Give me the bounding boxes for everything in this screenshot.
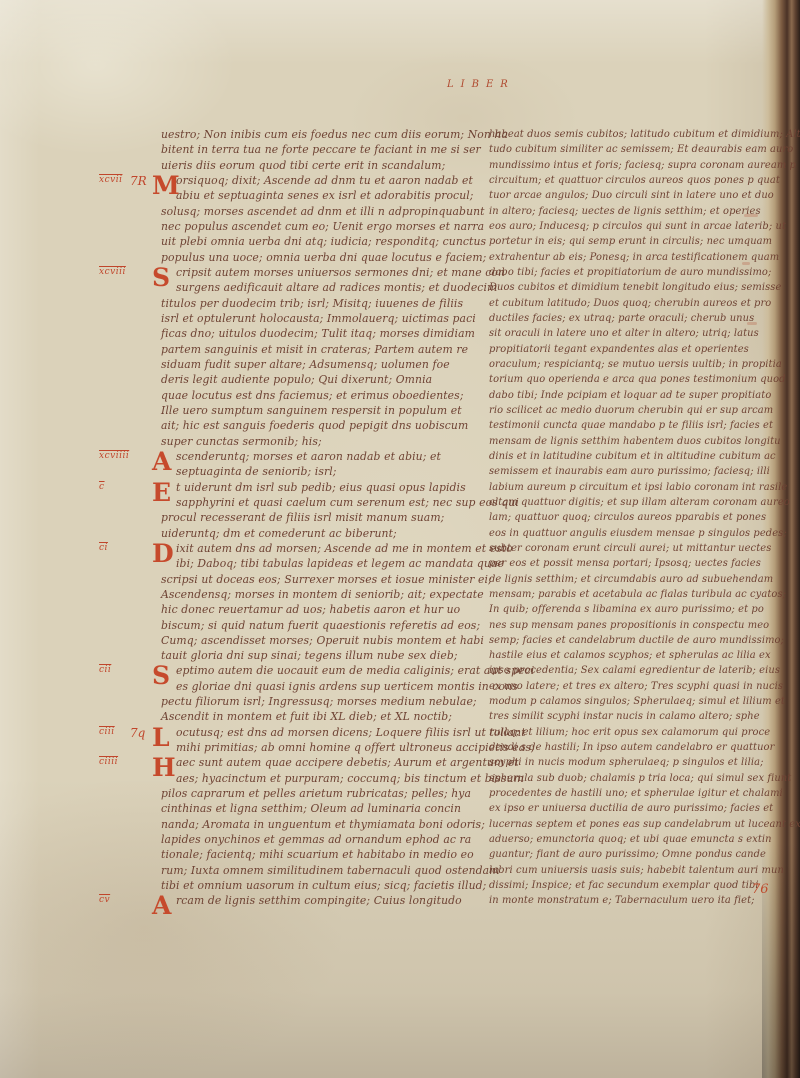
text-line: deris legit audiente populo; Qui dixerun… — [161, 372, 489, 387]
text-block: cEt uiderunt dm isrl sub pedib; eius qua… — [161, 480, 489, 541]
text-line: In quib; offerenda s libamina ex auro pu… — [489, 602, 775, 617]
text-line: es gloriae dni quasi ignis ardens sup ue… — [161, 679, 489, 694]
text-line: tibi et omnium uasorum in cultum eius; s… — [161, 878, 489, 893]
text-line: sit oraculi in latere uno et alter in al… — [489, 326, 775, 341]
text-line: subter coronam erunt circuli aurei; ut m… — [489, 541, 775, 556]
text-line: scenderuntq; morses et aaron nadab et ab… — [161, 449, 489, 464]
text-line: hic donec reuertamur ad uos; habetis aar… — [161, 602, 489, 617]
text-line: semp; facies et candelabrum ductile de a… — [489, 633, 775, 648]
text-line: dabo tibi; facies et propitiatorium de a… — [489, 265, 775, 280]
text-line: uieris diis eorum quod tibi certe erit i… — [161, 158, 489, 173]
text-block: xcviiiiAscenderuntq; morses et aaron nad… — [161, 449, 489, 480]
text-line: per eos et possit mensa portari; Ipsosq;… — [489, 556, 775, 571]
text-line: mundissimo intus et foris; faciesq; supr… — [489, 158, 775, 173]
text-line: extrahentur ab eis; Ponesq; in arca test… — [489, 250, 775, 265]
text-line: Ille uero sumptum sanguinem respersit in… — [161, 403, 489, 418]
paragraph-mark: 7R — [130, 174, 147, 188]
text-line: uestro; Non inibis cum eis foedus nec cu… — [161, 127, 489, 142]
rubric-initial: A — [152, 450, 173, 476]
text-line: spherula sub duob; chalamis p tria loca;… — [489, 771, 775, 786]
text-line: dendi s de hastili; In ipso autem candel… — [489, 740, 775, 755]
text-line: Cumq; ascendisset morses; Operuit nubis … — [161, 633, 489, 648]
text-line: rulaq; et lilium; hoc erit opus sex cala… — [489, 725, 775, 740]
margin-chapter-number: c — [99, 482, 105, 492]
text-line: mensam; parabis et acetabula ac fialas t… — [489, 587, 775, 602]
text-line: ex ipso er uniuersa ductilia de auro pur… — [489, 801, 775, 816]
margin-chapter-number: xcviii — [99, 267, 126, 277]
text-line: semissem et inaurabis eam auro purissimo… — [489, 464, 775, 479]
text-line: eos in quattuor angulis eiusdem mensae p… — [489, 526, 775, 541]
text-line: oraculum; respiciantq; se mutuo uersis u… — [489, 357, 775, 372]
text-line: uit plebi omnia uerba dni atq; iudicia; … — [161, 234, 489, 249]
margin-chapter-number: xcvii — [99, 175, 122, 185]
text-block: uestro; Non inibis cum eis foedus nec cu… — [161, 127, 489, 173]
text-line: tauit gloria dni sup sinai; tegens illum… — [161, 648, 489, 663]
text-line: dissimi; Inspice; et fac secundum exempl… — [489, 878, 775, 893]
text-line: lapides onychinos et gemmas ad ornandum … — [161, 832, 489, 847]
text-line: tres similit scyphi instar nucis in cala… — [489, 709, 775, 724]
text-line: scripsi ut doceas eos; Surrexer morses e… — [161, 572, 489, 587]
text-line: torium quo operienda e arca qua pones te… — [489, 372, 775, 387]
page-header-title: LIBER — [447, 79, 515, 90]
rubric-initial: D — [152, 542, 173, 568]
text-line: ibi; Daboq; tibi tabulas lapideas et leg… — [161, 556, 489, 571]
text-line: procedentes de hastili uno; et spherulae… — [489, 786, 775, 801]
text-line: surgens aedificauit altare ad radices mo… — [161, 280, 489, 295]
text-line: aec sunt autem quae accipere debetis; Au… — [161, 755, 489, 770]
text-line: tudo cubitum similiter ac semissem; Et d… — [489, 142, 775, 157]
text-block: xcvii7RMorsiquoq; dixit; Ascende ad dnm … — [161, 173, 489, 265]
text-line: propitiatorii tegant expandentes alas et… — [489, 342, 775, 357]
text-line: rcam de lignis setthim compingite; Cuius… — [161, 893, 489, 908]
text-line: orsiquoq; dixit; Ascende ad dnm tu et aa… — [161, 173, 489, 188]
margin-chapter-number: cii — [99, 665, 111, 675]
text-line: ixit autem dns ad morsen; Ascende ad me … — [161, 541, 489, 556]
text-block: habeat duos semis cubitos; latitudo cubi… — [489, 127, 775, 909]
text-line: nes sup mensam panes propositionis in co… — [489, 618, 775, 633]
text-line: scyphi in nucis modum spherulaeq; p sing… — [489, 755, 775, 770]
text-line: nanda; Aromata in unguentum et thymiamat… — [161, 817, 489, 832]
text-line: hastile eius et calamos scyphos; et sphe… — [489, 648, 775, 663]
text-line: dabo tibi; Inde pcipiam et loquar ad te … — [489, 388, 775, 403]
text-line: mensam de lignis setthim habentem duos c… — [489, 434, 775, 449]
text-block: ciDixit autem dns ad morsen; Ascende ad … — [161, 541, 489, 664]
text-line: quae locutus est dns faciemus; et erimus… — [161, 388, 489, 403]
text-line: Ascendensq; morses in montem di seniorib… — [161, 587, 489, 602]
margin-chapter-number: ciii — [99, 727, 115, 737]
text-line: cinthinas et ligna setthim; Oleum ad lum… — [161, 801, 489, 816]
text-line: portetur in eis; qui semp erunt in circu… — [489, 234, 775, 249]
text-line: circuitum; et quattuor circulos aureos q… — [489, 173, 775, 188]
text-line: testimonii cuncta quae mandabo p te fili… — [489, 418, 775, 433]
text-line: labium aureum p circuitum et ipsi labio … — [489, 480, 775, 495]
text-line: procul recesserant de filiis isrl misit … — [161, 510, 489, 525]
text-line: guantur; fiant de auro purissimo; Omne p… — [489, 847, 775, 862]
rubric-initial: S — [152, 266, 173, 292]
text-line: solusq; morses ascendet ad dnm et illi n… — [161, 204, 489, 219]
text-line: pilos caprarum et pelles arietum rubrica… — [161, 786, 489, 801]
text-line: et cubitum latitudo; Duos quoq; cherubin… — [489, 296, 775, 311]
text-line: partem sanguinis et misit in crateras; P… — [161, 342, 489, 357]
text-line: in monte monstratum e; Tabernaculum uero… — [489, 893, 775, 908]
text-block: ciiSeptimo autem die uocauit eum de medi… — [161, 663, 489, 724]
text-line: Ascendit in montem et fuit ibi XL dieb; … — [161, 709, 489, 724]
text-line: nec populus ascendet cum eo; Uenit ergo … — [161, 219, 489, 234]
text-line: biscum; si quid natum fuerit quaestionis… — [161, 618, 489, 633]
text-line: lucernas septem et pones eas sup candela… — [489, 817, 775, 832]
text-line: isrl et optulerunt holocausta; Immolauer… — [161, 311, 489, 326]
text-line: t uiderunt dm isrl sub pedib; eius quasi… — [161, 480, 489, 495]
text-line: mihi primitias; ab omni homine q offert … — [161, 740, 489, 755]
text-line: ipso procedentia; Sex calami egredientur… — [489, 663, 775, 678]
rubric-initial: E — [152, 481, 173, 507]
text-line: ex uno latere; et tres ex altero; Tres s… — [489, 679, 775, 694]
text-line: rum; Iuxta omnem similitudinem tabernacu… — [161, 863, 489, 878]
text-line: populus una uoce; omnia uerba dni quae l… — [161, 250, 489, 265]
text-line: altam quattuor digitis; et sup illam alt… — [489, 495, 775, 510]
text-line: rio scilicet ac medio duorum cherubin qu… — [489, 403, 775, 418]
text-line: modum p calamos singulos; Spherulaeq; si… — [489, 694, 775, 709]
text-line: titulos per duodecim trib; isrl; Misitq;… — [161, 296, 489, 311]
margin-chapter-number: xcviiii — [99, 451, 129, 461]
text-line: ficas dno; uitulos duodecim; Tulit itaq;… — [161, 326, 489, 341]
rubric-initial: L — [152, 726, 173, 752]
text-column-right: habeat duos semis cubitos; latitudo cubi… — [489, 127, 775, 909]
text-line: labri cum uniuersis uasis suis; habebit … — [489, 863, 775, 878]
text-line: pectu filiorum isrl; Ingressusq; morses … — [161, 694, 489, 709]
text-block: ciiiiHaec sunt autem quae accipere debet… — [161, 755, 489, 893]
text-line: Duos cubitos et dimidium tenebit longitu… — [489, 280, 775, 295]
text-line: ocutusq; est dns ad morsen dicens; Loque… — [161, 725, 489, 740]
text-line: abiu et septuaginta senes ex isrl et ado… — [161, 188, 489, 203]
margin-chapter-number: ciiii — [99, 757, 118, 767]
text-line: de lignis setthim; et circumdabis auro a… — [489, 572, 775, 587]
rubric-initial: H — [152, 756, 173, 782]
text-block: xcviiiScripsit autem morses uniuersos se… — [161, 265, 489, 449]
text-line: bitent in terra tua ne forte peccare te … — [161, 142, 489, 157]
text-line: cripsit autem morses uniuersos sermones … — [161, 265, 489, 280]
text-line: aduerso; emunctoria quoq; et ubi quae em… — [489, 832, 775, 847]
quire-mark: 76 — [752, 882, 769, 897]
text-line: eptimo autem die uocauit eum de media ca… — [161, 663, 489, 678]
text-line: lam; quattuor quoq; circulos aureos ppar… — [489, 510, 775, 525]
paragraph-mark: 7q — [130, 726, 145, 740]
rubric-initial: M — [152, 174, 173, 200]
text-line: in altero; faciesq; uectes de lignis set… — [489, 204, 775, 219]
text-line: uideruntq; dm et comederunt ac biberunt; — [161, 526, 489, 541]
rubric-initial: A — [152, 894, 173, 920]
manuscript-screenshot: LIBER uestro; Non inibis cum eis foedus … — [0, 0, 800, 1078]
text-line: eos auro; Inducesq; p circulos qui sunt … — [489, 219, 775, 234]
text-line: aes; hyacinctum et purpuram; coccumq; bi… — [161, 771, 489, 786]
text-line: dinis et in latitudine cubitum et in alt… — [489, 449, 775, 464]
text-line: septuaginta de seniorib; isrl; — [161, 464, 489, 479]
text-line: tuor arcae angulos; Duo circuli sint in … — [489, 188, 775, 203]
text-line: habeat duos semis cubitos; latitudo cubi… — [489, 127, 775, 142]
text-block: cvArcam de lignis setthim compingite; Cu… — [161, 893, 489, 908]
text-line: siduam fudit super altare; Adsumensq; uo… — [161, 357, 489, 372]
rubric-initial: S — [152, 664, 173, 690]
margin-chapter-number: ci — [99, 543, 108, 553]
margin-chapter-number: cv — [99, 895, 110, 905]
text-line: ductiles facies; ex utraq; parte oraculi… — [489, 311, 775, 326]
text-line: ait; hic est sanguis foederis quod pepig… — [161, 418, 489, 433]
text-line: tionale; facientq; mihi scuarium et habi… — [161, 847, 489, 862]
text-column-left: uestro; Non inibis cum eis foedus nec cu… — [161, 127, 489, 920]
text-line: sapphyrini et quasi caelum cum serenum e… — [161, 495, 489, 510]
text-block: ciii7qLocutusq; est dns ad morsen dicens… — [161, 725, 489, 756]
text-line: super cunctas sermonib; his; — [161, 434, 489, 449]
